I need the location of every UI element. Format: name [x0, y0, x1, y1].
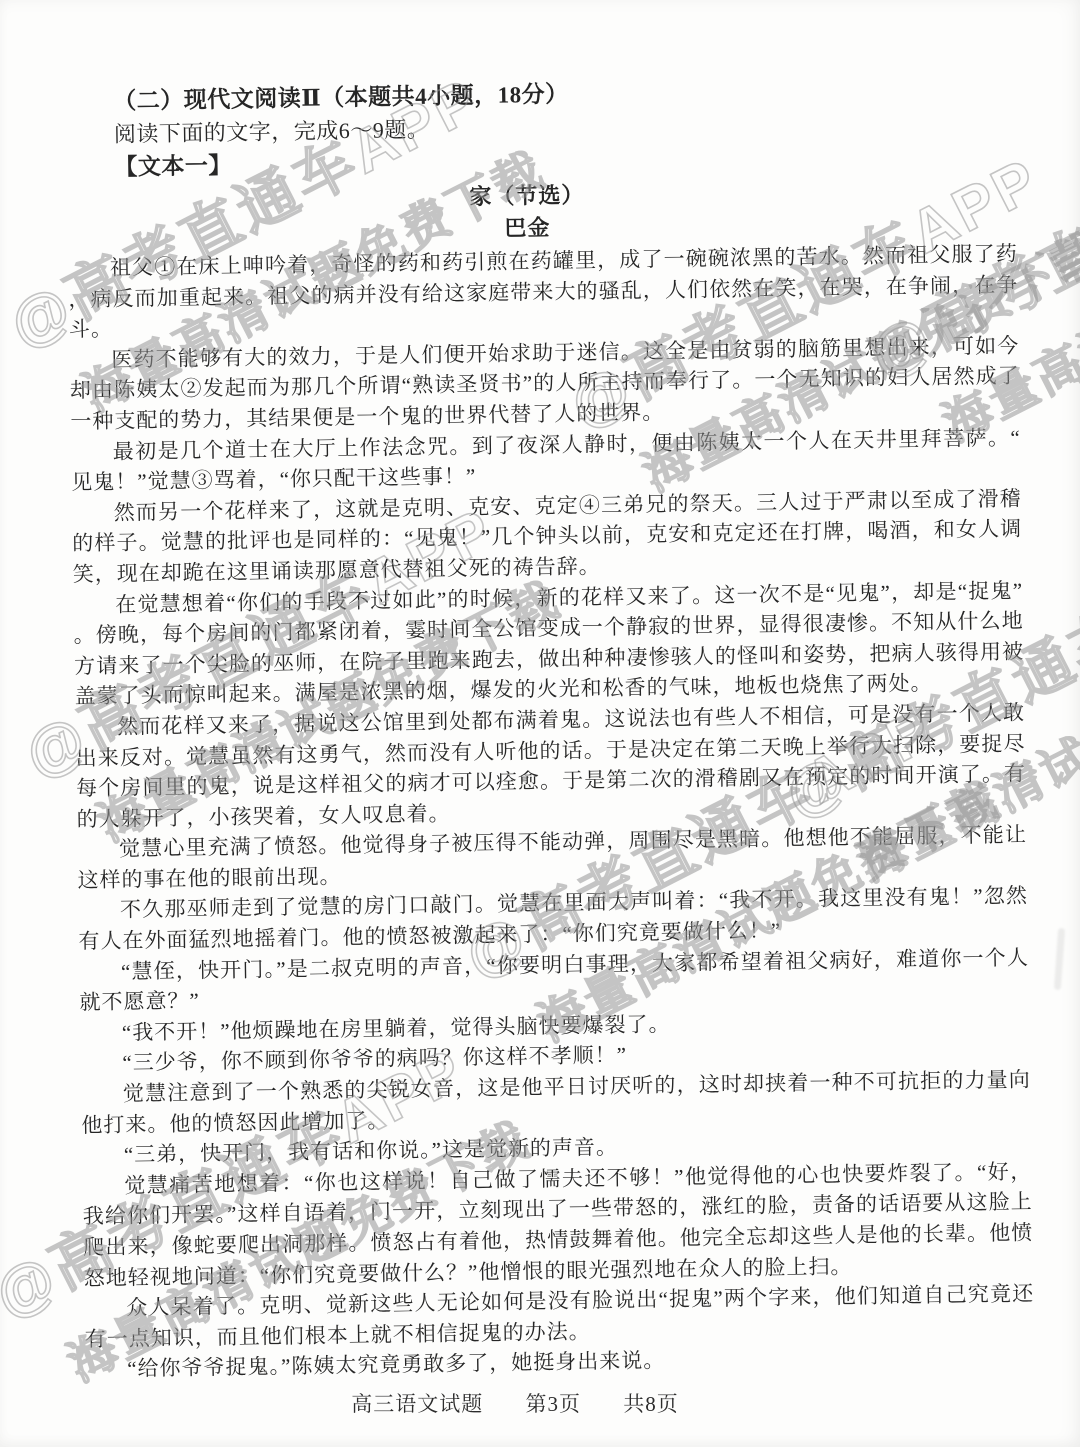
exam-content: （二）现代文阅读Ⅱ（本题共4小题，18分） 阅读下面的文字，完成6～9题。 【文… [65, 71, 1035, 1386]
passage-paragraph: 然而另一个花样来了，这就是克明、克安、克定④三弟兄的祭天。三人过于严肃以至成了滑… [72, 483, 1023, 590]
passage-paragraph: 医药不能够有大的效力，于是人们便开始求助于迷信。这全是由贫弱的脑筋里想出来，可如… [69, 330, 1020, 437]
page-footer: 高三语文试题 第3页 共8页 [0, 1388, 1030, 1418]
passage-body: 祖父①在床上呻吟着，奇怪的药和药引煎在药罐里，成了一碗碗浓黑的苦水。然而祖父服了… [68, 239, 1036, 1386]
section-header: （二）现代文阅读Ⅱ（本题共4小题，18分） 阅读下面的文字，完成6～9题。 【文… [113, 71, 1016, 184]
passage-paragraph: 然而花样又来了，据说这公馆里到处都布满着鬼。这说法也有些人不相信，可是没有一个人… [75, 697, 1027, 834]
footer-page-number: 第3页 [526, 1392, 582, 1416]
footer-total-pages: 共8页 [623, 1392, 679, 1416]
scan-artifact [1054, 928, 1065, 990]
passage-paragraph: 觉慧痛苦地想着：“你也这样说！自己做了懦夫还不够！”他觉得他的心也快要炸裂了。“… [82, 1156, 1034, 1293]
passage-paragraph: 在觉慧想着“你们的手段不过如此”的时候，新的花样又来了。这一次不是“见鬼”，却是… [73, 575, 1025, 712]
footer-exam-name: 高三语文试题 [351, 1392, 483, 1416]
scanned-exam-page: @高考直通车APP 海量高清试题免费下载 @高考直通车APP 海量高清试题免费下… [0, 0, 1080, 1447]
passage-paragraph: 祖父①在床上呻吟着，奇怪的药和药引煎在药罐里，成了一碗碗浓黑的苦水。然而祖父服了… [68, 239, 1019, 346]
